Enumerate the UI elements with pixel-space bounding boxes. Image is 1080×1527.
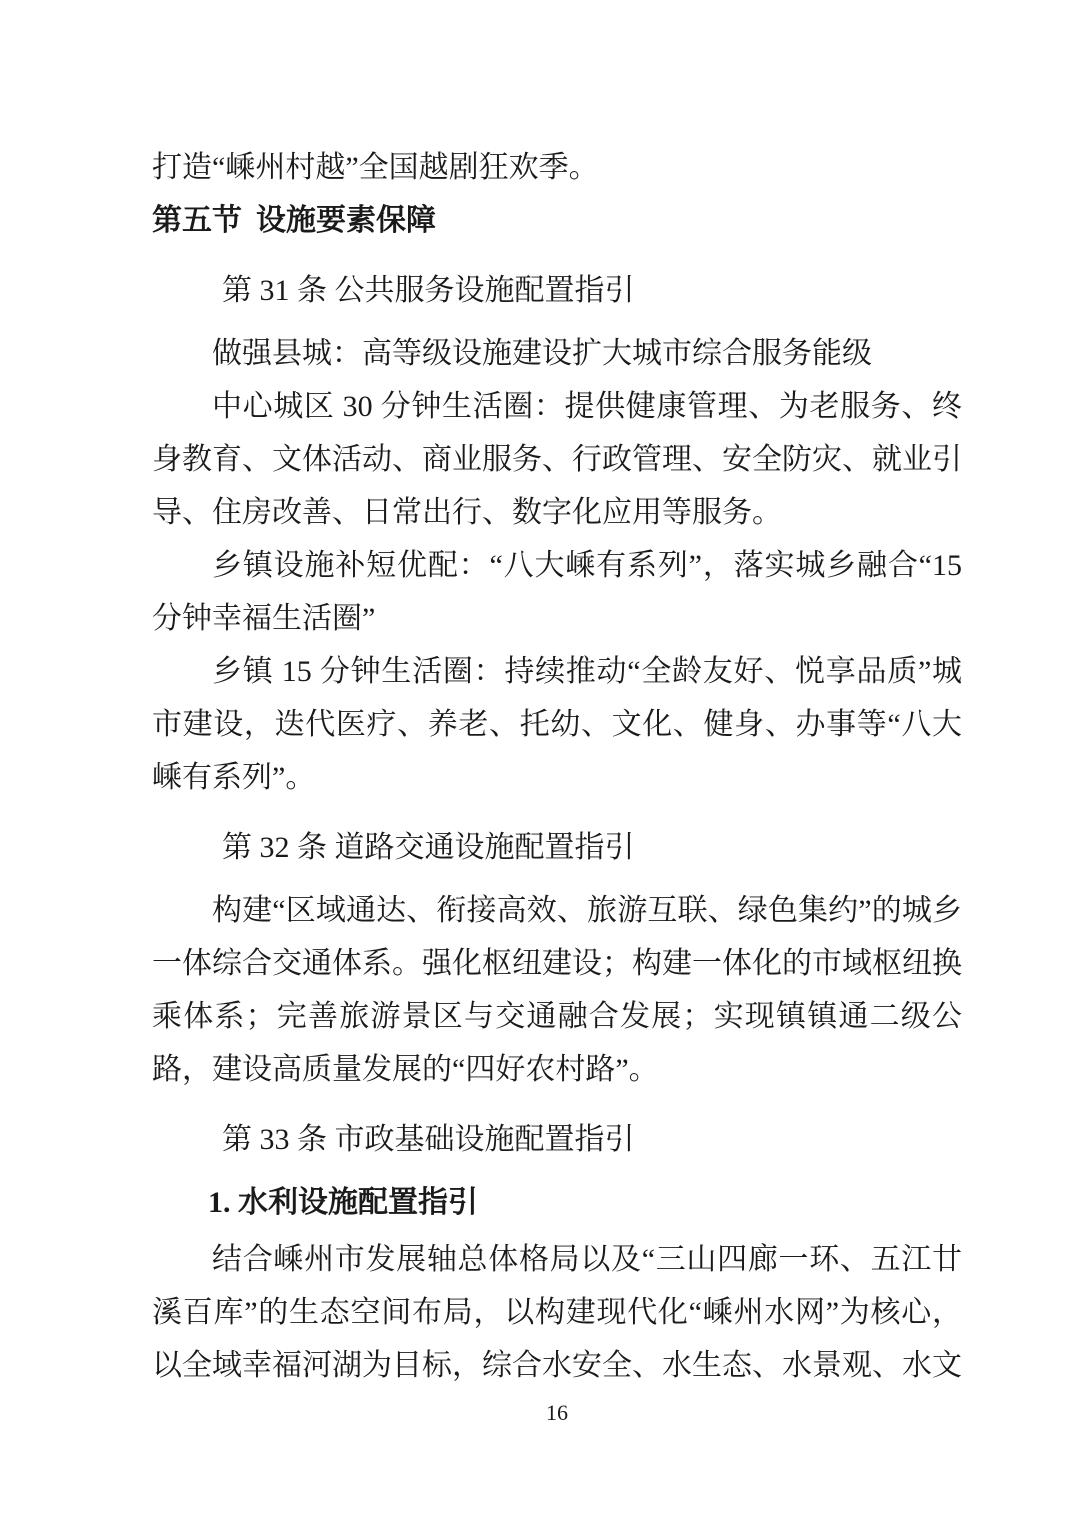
subsection-heading: 1. 水利设施配置指引: [152, 1176, 962, 1229]
paragraph-continuation: 打造“嵊州村越”全国越剧狂欢季。: [152, 141, 962, 194]
paragraph: 乡镇 15 分钟生活圈：持续推动“全龄友好、悦享品质”城市建设，迭代医疗、养老、…: [152, 645, 962, 804]
section-title: 设施要素保障: [256, 204, 436, 237]
page-number: 16: [546, 1400, 568, 1425]
document-page: 打造“嵊州村越”全国越剧狂欢季。 第五节设施要素保障 第 31 条 公共服务设施…: [0, 0, 1080, 1527]
paragraph: 结合嵊州市发展轴总体格局以及“三山四廊一环、五江廿溪百库”的生态空间布局，以构建…: [152, 1233, 962, 1392]
section-number: 第五节: [152, 204, 242, 237]
section-heading: 第五节设施要素保障: [152, 194, 962, 247]
article-33-heading: 第 33 条 市政基础设施配置指引: [152, 1113, 962, 1166]
article-32-heading: 第 32 条 道路交通设施配置指引: [152, 821, 962, 874]
paragraph: 构建“区域通达、衔接高效、旅游互联、绿色集约”的城乡一体综合交通体系。强化枢纽建…: [152, 884, 962, 1096]
article-31-heading: 第 31 条 公共服务设施配置指引: [152, 264, 962, 317]
paragraph: 中心城区 30 分钟生活圈：提供健康管理、为老服务、终身教育、文体活动、商业服务…: [152, 380, 962, 539]
paragraph: 做强县城：高等级设施建设扩大城市综合服务能级: [152, 327, 962, 380]
page-footer: 16: [152, 1400, 962, 1426]
paragraph: 乡镇设施补短优配：“八大嵊有系列”，落实城乡融合“15 分钟幸福生活圈”: [152, 539, 962, 645]
